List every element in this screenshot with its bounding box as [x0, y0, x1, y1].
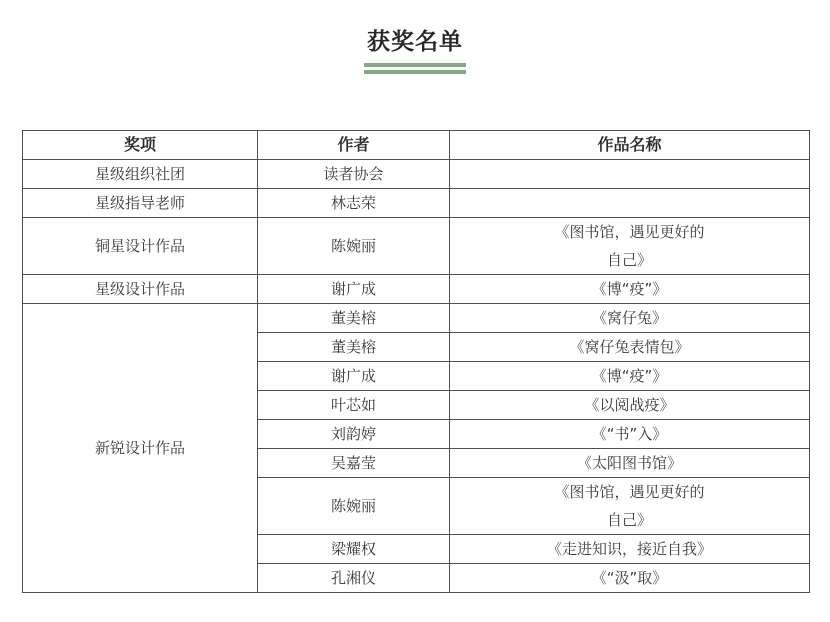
header-work: 作品名称	[450, 131, 810, 160]
author-cell: 刘韵婷	[258, 420, 450, 449]
author-cell: 林志荣	[258, 189, 450, 218]
work-cell: 《“书”入》	[450, 420, 810, 449]
work-cell: 《窝仔兔表情包》	[450, 333, 810, 362]
author-cell: 陈婉丽	[258, 218, 450, 275]
work-cell: 《图书馆，遇见更好的 自己》	[450, 218, 810, 275]
award-cell: 星级设计作品	[23, 275, 258, 304]
work-cell: 《走进知识，接近自我》	[450, 535, 810, 564]
header-author: 作者	[258, 131, 450, 160]
author-cell: 董美榕	[258, 304, 450, 333]
title-underline-bar-bottom	[364, 70, 466, 74]
table-row: 星级指导老师林志荣	[23, 189, 810, 218]
table-header-row: 奖项 作者 作品名称	[23, 131, 810, 160]
author-cell: 董美榕	[258, 333, 450, 362]
award-cell: 星级指导老师	[23, 189, 258, 218]
title-underline	[364, 63, 466, 74]
work-cell: 《以阅战疫》	[450, 391, 810, 420]
awards-table-body: 星级组织社团读者协会星级指导老师林志荣铜星设计作品陈婉丽《图书馆，遇见更好的 自…	[23, 160, 810, 593]
title-block: 获奖名单	[0, 0, 830, 74]
awards-table-wrap: 奖项 作者 作品名称 星级组织社团读者协会星级指导老师林志荣铜星设计作品陈婉丽《…	[22, 130, 830, 593]
work-cell: 《太阳图书馆》	[450, 449, 810, 478]
page-title: 获奖名单	[0, 28, 830, 56]
table-row: 星级组织社团读者协会	[23, 160, 810, 189]
author-cell: 梁耀权	[258, 535, 450, 564]
work-cell: 《博“疫”》	[450, 275, 810, 304]
work-cell: 《图书馆，遇见更好的 自己》	[450, 478, 810, 535]
author-cell: 孔湘仪	[258, 564, 450, 593]
work-cell	[450, 160, 810, 189]
awards-table: 奖项 作者 作品名称 星级组织社团读者协会星级指导老师林志荣铜星设计作品陈婉丽《…	[22, 130, 810, 593]
work-cell: 《窝仔兔》	[450, 304, 810, 333]
work-cell: 《博“疫”》	[450, 362, 810, 391]
author-cell: 谢广成	[258, 362, 450, 391]
author-cell: 读者协会	[258, 160, 450, 189]
award-cell: 星级组织社团	[23, 160, 258, 189]
table-row: 铜星设计作品陈婉丽《图书馆，遇见更好的 自己》	[23, 218, 810, 275]
author-cell: 谢广成	[258, 275, 450, 304]
table-row: 星级设计作品谢广成《博“疫”》	[23, 275, 810, 304]
work-cell: 《“汲”取》	[450, 564, 810, 593]
award-cell: 新锐设计作品	[23, 304, 258, 593]
table-row: 新锐设计作品董美榕《窝仔兔》	[23, 304, 810, 333]
work-cell	[450, 189, 810, 218]
title-underline-bar-top	[364, 63, 466, 67]
author-cell: 吴嘉莹	[258, 449, 450, 478]
author-cell: 叶芯如	[258, 391, 450, 420]
award-cell: 铜星设计作品	[23, 218, 258, 275]
author-cell: 陈婉丽	[258, 478, 450, 535]
header-award: 奖项	[23, 131, 258, 160]
